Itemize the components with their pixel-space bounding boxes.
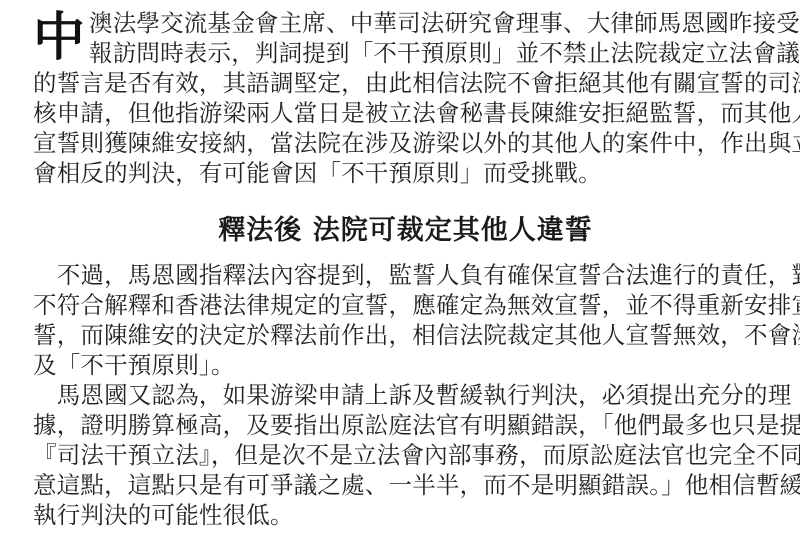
paragraph-line: 不過，馬恩國指釋法內容提到，監誓人負有確保宣誓合法進行的責任，對 [33,260,800,290]
paragraph-line: 澳法學交流基金會主席、中華司法研究會理事、大律師馬恩國昨接受本 [89,8,800,38]
paragraph-line: 馬恩國又認為，如果游梁申請上訴及暫緩執行判決，必須提出充分的理 [33,380,791,410]
paragraph-line: 報訪問時表示，判詞提到「不干預原則」並不禁止法院裁定立法會議員 [89,38,800,68]
paragraph-line: 據，證明勝算極高，及要指出原訟庭法官有明顯錯誤，「他們最多也只是提 [33,410,800,440]
section-heading: 釋法後 法院可裁定其他人違誓 [33,213,778,249]
paragraph-line: 執行判決的可能性很低。 [33,500,294,530]
paragraph-line: 『司法干預立法』，但是次不是立法會內部事務，而原訟庭法官也完全不同 [33,440,800,470]
paragraph-line: 會相反的判決，有可能會因「不干預原則」而受挑戰。 [33,158,602,188]
paragraph-line: 誓，而陳維安的決定於釋法前作出，相信法院裁定其他人宣誓無效，不會涉 [33,320,800,350]
paragraph-line: 不符合解釋和香港法律規定的宣誓，應確定為無效宣誓，並不得重新安排宣 [33,290,800,320]
paragraph-line: 核申請，但他指游梁兩人當日是被立法會秘書長陳維安拒絕監誓，而其他人的 [33,98,800,128]
paragraph-line: 及「不干預原則」。 [33,350,235,380]
paragraph-line: 意這點，這點只是有可爭議之處、一半半，而不是明顯錯誤。」他相信暫緩 [33,470,800,500]
paragraph-line: 宣誓則獲陳維安接納，當法院在涉及游梁以外的其他人的案件中，作出與立法 [33,128,800,158]
drop-cap: 中 [33,10,85,66]
paragraph-line: 的誓言是否有效，其語調堅定，由此相信法院不會拒絕其他有關宣誓的司法覆 [33,68,800,98]
